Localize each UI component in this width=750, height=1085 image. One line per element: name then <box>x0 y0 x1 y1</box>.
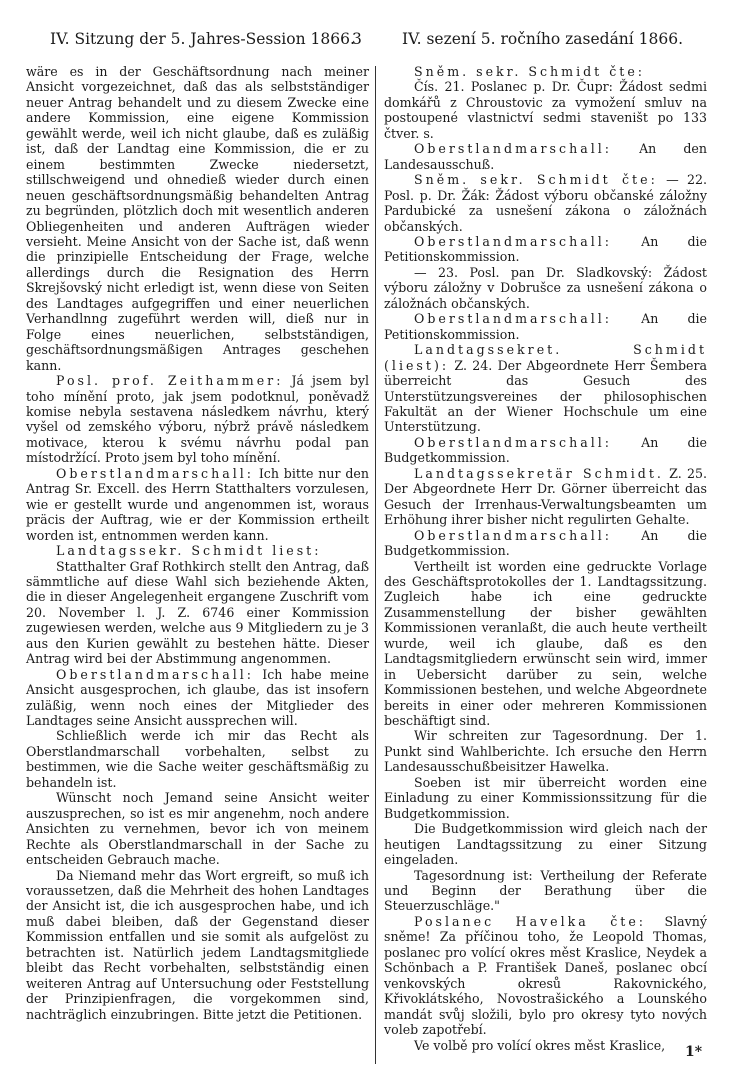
paragraph: Wir schreiten zur Tagesordnung. Der 1. P… <box>384 728 707 774</box>
speaker-name: Oberstlandmarschall: <box>414 141 612 156</box>
left-column-german: wäre es in der Geschäftsordnung nach mei… <box>26 64 369 1022</box>
speaker-name: Oberstlandmarschall: <box>56 466 254 481</box>
header-title-german: IV. Sitzung der 5. Jahres-Session 1866. <box>50 30 355 48</box>
paragraph: Tagesordnung ist: Vertheilung der Refera… <box>384 868 707 914</box>
speaker-name: Landtagssekretär Schmidt. <box>414 466 664 481</box>
speaker-name: Sněm. sekr. Schmidt čte: <box>414 64 645 79</box>
paragraph: Poslanec Havelka čte: Slavný sněme! Za p… <box>384 914 707 1038</box>
paragraph: Statthalter Graf Rothkirch stellt den An… <box>26 559 369 667</box>
paragraph-text: Slavný sněme! Za příčinou toho, že Leopo… <box>384 914 707 1037</box>
paragraph: wäre es in der Geschäftsordnung nach mei… <box>26 64 369 373</box>
signature-mark: 1* <box>685 1044 702 1060</box>
paragraph-text: — 23. Posl. pan Dr. Sladkovský: Žádost v… <box>384 265 707 311</box>
paragraph-text: Da Niemand mehr das Wort ergreift, so mu… <box>26 868 369 1022</box>
paragraph: Schließlich werde ich mir das Recht als … <box>26 728 369 790</box>
speaker-name: Oberstlandmarschall: <box>414 435 612 450</box>
paragraph: Landtagssekretär Schmidt. Z. 25. Der Abg… <box>384 466 707 528</box>
paragraph: Die Budgetkommission wird gleich nach de… <box>384 821 707 867</box>
page-header: IV. Sitzung der 5. Jahres-Session 1866. … <box>0 30 750 54</box>
speaker-name: Posl. prof. Zeithammer: <box>56 373 283 388</box>
paragraph: Landtagssekr. Schmidt liest: <box>26 543 369 558</box>
speaker-name: Landtagssekr. Schmidt liest: <box>56 543 322 558</box>
paragraph-text: Wünscht noch Jemand seine Ansicht weiter… <box>26 790 369 867</box>
paragraph: — 23. Posl. pan Dr. Sladkovský: Žádost v… <box>384 265 707 311</box>
column-divider <box>375 66 376 1064</box>
paragraph: Posl. prof. Zeithammer: Já jsem byl toho… <box>26 373 369 466</box>
paragraph: Landtagssekret. Schmidt (liest): Z. 24. … <box>384 342 707 435</box>
paragraph-text: Soeben ist mir überreicht worden eine Ei… <box>384 775 707 821</box>
paragraph: Sněm. sekr. Schmidt čte: <box>384 64 707 79</box>
paragraph: Oberstlandmarschall: An die Petitionskom… <box>384 234 707 265</box>
paragraph: Vertheilt ist worden eine gedruckte Vorl… <box>384 559 707 729</box>
paragraph: Oberstlandmarschall: An die Budgetkommis… <box>384 528 707 559</box>
paragraph: Da Niemand mehr das Wort ergreift, so mu… <box>26 868 369 1023</box>
speaker-name: Oberstlandmarschall: <box>414 234 612 249</box>
paragraph: Sněm. sekr. Schmidt čte: — 22. Posl. p. … <box>384 172 707 234</box>
paragraph: Oberstlandmarschall: Ich habe meine Ansi… <box>26 667 369 729</box>
paragraph-text: Die Budgetkommission wird gleich nach de… <box>384 821 707 867</box>
speaker-name: Sněm. sekr. Schmidt čte: <box>414 172 658 187</box>
paragraph-text: Vertheilt ist worden eine gedruckte Vorl… <box>384 559 707 729</box>
header-title-czech: IV. sezení 5. ročního zasedání 1866. <box>402 30 683 48</box>
paragraph-text: Schließlich werde ich mir das Recht als … <box>26 728 369 789</box>
paragraph-text: wäre es in der Geschäftsordnung nach mei… <box>26 64 369 373</box>
paragraph: Soeben ist mir überreicht worden eine Ei… <box>384 775 707 821</box>
paragraph: Ve volbě pro volící okres měst Kraslice, <box>384 1038 707 1053</box>
paragraph: Oberstlandmarschall: Ich bitte nur den A… <box>26 466 369 543</box>
paragraph: Oberstlandmarschall: An die Petitionskom… <box>384 311 707 342</box>
paragraph-text: Čís. 21. Poslanec p. Dr. Čupr: Žádost se… <box>384 79 707 140</box>
paragraph: Wünscht noch Jemand seine Ansicht weiter… <box>26 790 369 867</box>
speaker-name: Oberstlandmarschall: <box>414 528 612 543</box>
paragraph: Čís. 21. Poslanec p. Dr. Čupr: Žádost se… <box>384 79 707 141</box>
paragraph: Oberstlandmarschall: An die Budgetkommis… <box>384 435 707 466</box>
paragraph-text: Statthalter Graf Rothkirch stellt den An… <box>26 559 369 667</box>
paragraph: Oberstlandmarschall: An den Landesaussch… <box>384 141 707 172</box>
page-number: 3 <box>352 30 362 48</box>
paragraph-text: Ve volbě pro volící okres měst Kraslice, <box>414 1038 665 1053</box>
speaker-name: Oberstlandmarschall: <box>414 311 612 326</box>
paragraph-text: Tagesordnung ist: Vertheilung der Refera… <box>384 868 707 914</box>
speaker-name: Oberstlandmarschall: <box>56 667 254 682</box>
right-column-czech: Sněm. sekr. Schmidt čte:Čís. 21. Poslane… <box>384 64 707 1053</box>
speaker-name: Poslanec Havelka čte: <box>414 914 646 929</box>
paragraph-text: Wir schreiten zur Tagesordnung. Der 1. P… <box>384 728 707 774</box>
